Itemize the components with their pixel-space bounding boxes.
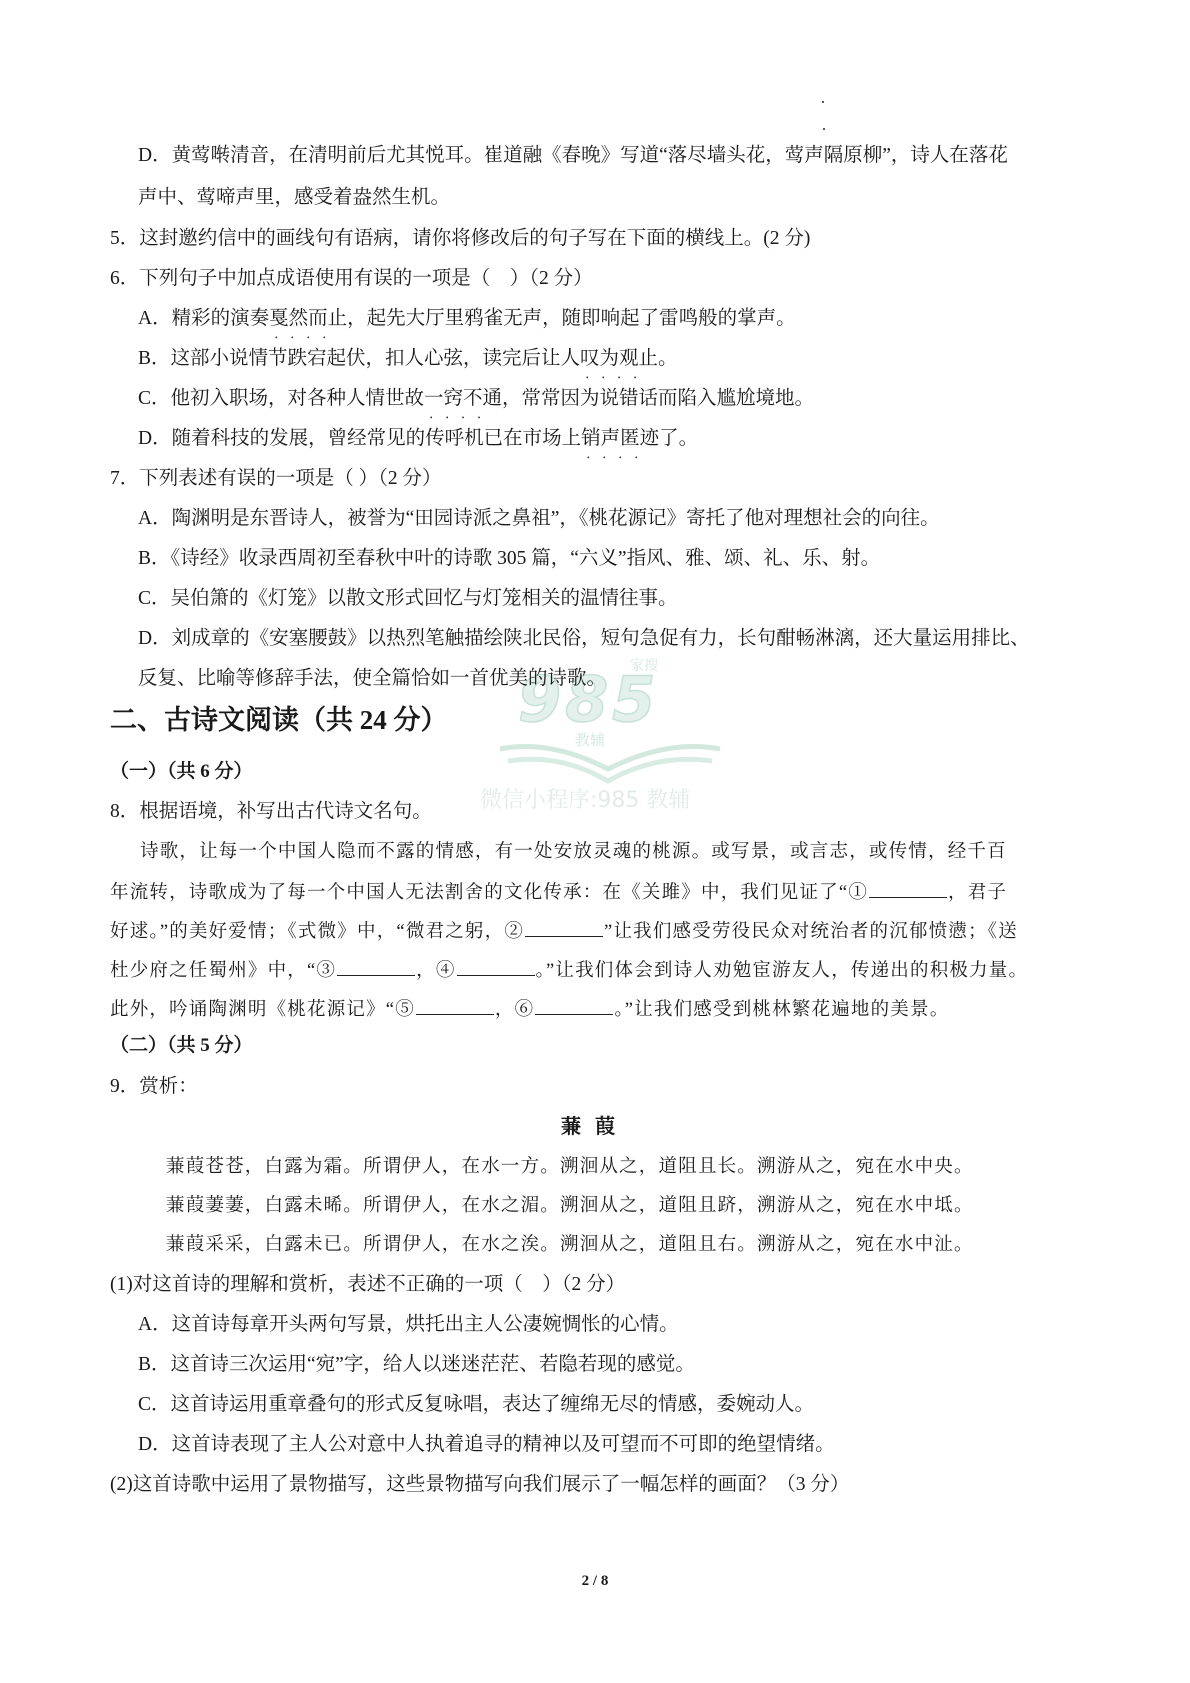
q8-paragraph-line-3: 好逑。”的美好爱情；《式微》中，“微君之躬，②”让我们感受劳役民众对统治者的沉郁…: [110, 918, 1018, 944]
blank-4[interactable]: [457, 957, 535, 976]
option-text: C．他初入职场，对各种人情世故: [138, 388, 424, 409]
question-8-stem: 8．根据语境，补写出古代诗文名句。: [110, 800, 432, 824]
option-text: 。: [658, 348, 678, 369]
question-6-option-a: A．精彩的演奏戛然而止，起先大厅里鸦雀无声，随即响起了雷鸣般的掌声。: [138, 307, 796, 331]
part-1-heading: （一）（共 6 分）: [110, 760, 253, 784]
paragraph-text: ，④: [416, 961, 455, 981]
paragraph-text: 杜少府之任蜀州》中，“③: [110, 961, 336, 981]
question-7-stem: 7．下列表述有误的一项是（ ）（2 分）: [110, 467, 442, 491]
q9-sub2-stem: (2)这首诗歌中运用了景物描写，这些景物描写向我们展示了一幅怎样的画面？（3 分…: [110, 1473, 849, 1497]
q8-paragraph-line-4: 杜少府之任蜀州》中，“③，④。”让我们体会到诗人劝勉宦游友人，传递出的积极力量。: [110, 957, 1028, 983]
q4-option-d-cont: 声中、莺啼声里，感受着盎然生机。: [138, 186, 450, 210]
q8-paragraph-line-2: 年流转，诗歌成为了每一个中国人无法割舍的文化传承：在《关雎》中，我们见证了“①，…: [110, 879, 1007, 905]
blank-5[interactable]: [416, 996, 494, 1015]
watermark-sub-label: 教辅: [575, 729, 605, 750]
page-number: 2 / 8: [0, 1572, 1190, 1590]
paragraph-text: ”让我们感受劳役民众对统治者的沉郁愤懑；《送: [604, 922, 1018, 942]
paragraph-text: 年流转，诗歌成为了每一个中国人无法割舍的文化传承：在《关雎》中，我们见证了“①: [110, 883, 868, 903]
option-text: ，常常因为说错话而陷入尴尬境地。: [502, 388, 814, 409]
question-7-option-d-cont: 反复、比喻等修辞手法，使全篇恰如一首优美的诗歌。: [138, 667, 606, 691]
question-6-option-d: D．随着科技的发展，曾经常见的传呼机已在市场上销声匿迹了。: [138, 427, 698, 451]
watermark-text: 微信小程序:985 教辅: [480, 783, 690, 814]
q9-sub1-option-a: A．这首诗每章开头两句写景，烘托出主人公凄婉惆怅的心情。: [138, 1313, 679, 1337]
option-text: D．随着科技的发展，曾经常见的传呼机已在市场上: [138, 428, 581, 449]
paragraph-text: 。”让我们体会到诗人劝勉宦游友人，传递出的积极力量。: [536, 961, 1029, 981]
option-text: A．精彩的演奏: [138, 308, 269, 329]
blank-2[interactable]: [525, 918, 603, 937]
scan-speck: [822, 101, 824, 103]
dotted-idiom: 一窍不通: [424, 387, 502, 411]
open-book-icon: [490, 739, 730, 789]
poem-line-3: 蒹葭采采，白露未已。所谓伊人，在水之涘。溯洄从之，道阻且右。溯游从之，宛在水中沚…: [166, 1233, 974, 1257]
blank-1[interactable]: [869, 879, 947, 898]
dotted-idiom: 销声匿迹: [581, 427, 659, 451]
q9-sub1-option-b: B．这首诗三次运用“宛”字，给人以迷迷茫茫、若隐若现的感觉。: [138, 1353, 695, 1377]
question-7-option-c: C．吴伯箫的《灯笼》以散文形式回忆与灯笼相关的温情往事。: [138, 587, 678, 611]
blank-3[interactable]: [337, 957, 415, 976]
question-7-option-a: A．陶渊明是东晋诗人，被誉为“田园诗派之鼻祖”，《桃花源记》寄托了他对理想社会的…: [138, 507, 940, 531]
question-6-option-c: C．他初入职场，对各种人情世故一窍不通，常常因为说错话而陷入尴尬境地。: [138, 387, 814, 411]
question-5: 5．这封邀约信中的画线句有语病，请你将修改后的句子写在下面的横线上。(2 分): [110, 227, 810, 251]
question-6-option-b: B．这部小说情节跌宕起伏，扣人心弦，读完后让人叹为观止。: [138, 347, 678, 371]
section-2-heading: 二、古诗文阅读（共 24 分）: [110, 704, 448, 736]
poem-title: 蒹葭: [0, 1115, 1190, 1139]
q8-paragraph-line-5: 此外，吟诵陶渊明《桃花源记》“⑤，⑥。”让我们感受到桃林繁花遍地的美景。: [110, 996, 949, 1022]
watermark-top-label: 家搜: [630, 655, 658, 675]
paragraph-text: 。”让我们感受到桃林繁花遍地的美景。: [614, 1000, 949, 1020]
question-7-option-b: B．《诗经》收录西周初至春秋中叶的诗歌 305 篇，“六义”指风、雅、颂、礼、乐…: [138, 547, 880, 571]
blank-6[interactable]: [535, 996, 613, 1015]
question-9-stem: 9．赏析：: [110, 1075, 198, 1099]
option-text: 了。: [659, 428, 698, 449]
q9-sub1-option-d: D．这首诗表现了主人公对意中人执着追寻的精神以及可望而不可即的绝望情绪。: [138, 1433, 835, 1457]
paragraph-text: 好逑。”的美好爱情；《式微》中，“微君之躬，②: [110, 922, 524, 942]
question-7-option-d: D．刘成章的《安塞腰鼓》以热烈笔触描绘陕北民俗，短句急促有力，长句酣畅淋漓，还大…: [138, 627, 1030, 651]
option-text: B．这部小说情节跌宕起伏，扣人心弦，读完后让人: [138, 348, 580, 369]
paragraph-text: 此外，吟诵陶渊明《桃花源记》“⑤: [110, 1000, 415, 1020]
q9-sub1-stem: (1)对这首诗的理解和赏析，表述不正确的一项（ ）（2 分）: [110, 1273, 625, 1297]
option-text: ，起先大厅里鸦雀无声，随即响起了雷鸣般的掌声。: [347, 308, 796, 329]
poem-line-1: 蒹葭苍苍，白露为霜。所谓伊人，在水一方。溯洄从之，道阻且长。溯游从之，宛在水中央…: [166, 1155, 974, 1179]
paragraph-text: ，君子: [948, 883, 1007, 903]
poem-line-2: 蒹葭萋萋，白露未晞。所谓伊人，在水之湄。溯洄从之，道阻且跻，溯游从之，宛在水中坻…: [166, 1194, 974, 1218]
part-2-heading: （二）（共 5 分）: [110, 1034, 253, 1058]
q9-sub1-option-c: C．这首诗运用重章叠句的形式反复咏唱，表达了缠绵无尽的情感，委婉动人。: [138, 1393, 814, 1417]
scan-speck: [823, 128, 825, 130]
q8-paragraph-line-1: 诗歌，让每一个中国人隐而不露的情感，有一处安放灵魂的桃源。或写景，或言志，或传情…: [140, 840, 1007, 864]
q4-option-d: D．黄莺啭清音，在清明前后尤其悦耳。崔道融《春晚》写道“落尽墙头花，莺声隔原柳”…: [138, 144, 1008, 168]
dotted-idiom: 戛然而止: [269, 307, 347, 331]
question-6-stem: 6．下列句子中加点成语使用有误的一项是（ ）（2 分）: [110, 267, 593, 291]
dotted-idiom: 叹为观止: [580, 347, 658, 371]
paragraph-text: ，⑥: [495, 1000, 534, 1020]
